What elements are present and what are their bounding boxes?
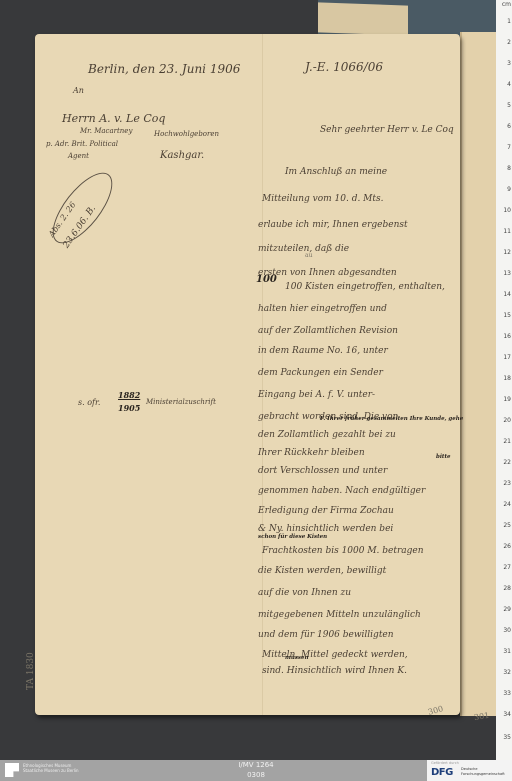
recipient-address: p. Adr. Brit. Political bbox=[46, 140, 118, 148]
dfg-name-line2: Forschungsgemeinschaft bbox=[461, 772, 505, 777]
body-line: mitzuteilen, daß die bbox=[258, 244, 349, 254]
body-line: & Ny. hinsichtlich werden bei bbox=[258, 524, 393, 534]
recipient-title: Hochwohlgeboren bbox=[154, 130, 219, 138]
body-line: genommen haben. Nach endgültiger bbox=[258, 486, 425, 496]
ruler-tick: 10 bbox=[503, 207, 511, 214]
ruler-tick: 13 bbox=[503, 270, 511, 277]
body-line: und dem für 1906 bewilligten bbox=[258, 630, 394, 640]
ruler-tick: 23 bbox=[503, 480, 511, 487]
ruler-tick: 21 bbox=[503, 438, 511, 445]
body-line: ersten von Ihnen abgesandten bbox=[258, 268, 397, 278]
place-date: Berlin, den 23. Juni 1906 bbox=[88, 62, 240, 76]
ruler-tick: 12 bbox=[503, 249, 511, 256]
ruler-tick: 27 bbox=[503, 564, 511, 571]
body-line: Erledigung der Firma Zochau bbox=[258, 506, 394, 516]
insert-line-1: F. Ihrer früher gesammelten Ihre Kunde, … bbox=[320, 416, 463, 422]
ruler-tick: 4 bbox=[507, 81, 511, 88]
body-line: erlaube ich mir, Ihnen ergebenst bbox=[258, 220, 408, 230]
ruler-tick: 15 bbox=[503, 312, 511, 319]
salutation: Sehr geehrter Herr v. Le Coq bbox=[320, 125, 454, 135]
body-line: mitgegebenen Mitteln unzulänglich bbox=[258, 610, 421, 620]
margin-note-prefix: s. ofr. bbox=[78, 398, 100, 407]
body-line: die Kisten werden, bewilligt bbox=[258, 566, 386, 576]
body-line: Ihrer Rückkehr bleiben bbox=[258, 448, 365, 458]
scan-image: Berlin, den 23. Juni 1906 An Herrn A. v.… bbox=[0, 0, 512, 760]
body-line: Eingang bei A. f. V. unter- bbox=[258, 390, 375, 400]
ruler-tick: 9 bbox=[507, 186, 511, 193]
ruler-tick: 30 bbox=[503, 627, 511, 634]
body-line: Frachtkosten bis 1000 M. betragen bbox=[262, 546, 424, 556]
vertical-margin-note: TA 1830 bbox=[26, 652, 36, 690]
viewer-footer: Ethnologisches Museum Staatliche Museen … bbox=[0, 760, 512, 781]
recipient-city: Kashgar. bbox=[160, 150, 204, 161]
ruler-tick: 6 bbox=[507, 123, 511, 130]
ruler-tick: 7 bbox=[507, 144, 511, 151]
ruler-tick: 28 bbox=[503, 585, 511, 592]
salutation-an: An bbox=[73, 86, 84, 95]
ruler-tick: 16 bbox=[503, 333, 511, 340]
dfg-badge: Gefördert durch DFG Deutsche Forschungsg… bbox=[427, 760, 512, 781]
dfg-logo-icon: DFG bbox=[431, 767, 453, 778]
ruler-tick: 18 bbox=[503, 375, 511, 382]
body-line: 100 Kisten eingetroffen, enthalten, bbox=[285, 282, 445, 292]
ruler-tick: 19 bbox=[503, 396, 511, 403]
body-line: dem Packungen ein Sender bbox=[258, 368, 383, 378]
body-line: auf die von Ihnen zu bbox=[258, 588, 351, 598]
next-sheet-edge bbox=[460, 32, 496, 716]
ruler-tick: 11 bbox=[503, 228, 511, 235]
insert-line-4: müssen bbox=[285, 655, 309, 661]
ruler-tick: 31 bbox=[503, 648, 511, 655]
body-line: den Zollamtlich gezahlt bei zu bbox=[258, 430, 396, 440]
recipient: Herrn A. v. Le Coq bbox=[62, 112, 165, 125]
insert-line-2: bitte bbox=[436, 454, 451, 460]
ruler-unit: cm bbox=[502, 1, 511, 8]
ruler-tick: 33 bbox=[503, 690, 511, 697]
body-line: halten hier eingetroffen und bbox=[258, 304, 387, 314]
ruler-tick: 22 bbox=[503, 459, 511, 466]
insert-100: 100 bbox=[256, 274, 277, 285]
ruler-tick: 5 bbox=[507, 102, 511, 109]
ruler-tick: 3 bbox=[507, 60, 511, 67]
margin-note-text: Ministerialzuschrift bbox=[146, 398, 216, 406]
funding-label: Gefördert durch bbox=[431, 761, 459, 765]
dfg-name: Deutsche Forschungsgemeinschaft bbox=[461, 767, 505, 776]
insert-above: au bbox=[305, 252, 312, 259]
folder-paper-edge bbox=[318, 2, 408, 35]
ruler-tick: 26 bbox=[503, 543, 511, 550]
body-line: dort Verschlossen und unter bbox=[258, 466, 387, 476]
ruler-tick: 1 bbox=[507, 18, 511, 25]
recipient-agent: Agent bbox=[68, 152, 89, 160]
cm-ruler: cm 1 2 3 4 5 6 7 8 9 10 11 12 13 14 15 1… bbox=[496, 0, 512, 760]
ruler-tick: 32 bbox=[503, 669, 511, 676]
ruler-tick: 24 bbox=[503, 501, 511, 508]
ruler-tick: 17 bbox=[503, 354, 511, 361]
body-line: Mitteln, Mittel gedeckt werden, bbox=[262, 650, 408, 660]
body-line: auf der Zollamtlichen Revision bbox=[258, 326, 398, 336]
ruler-tick: 8 bbox=[507, 165, 511, 172]
body-line: Mitteilung vom 10. d. Mts. bbox=[262, 194, 384, 204]
ruler-tick: 14 bbox=[503, 291, 511, 298]
body-line: sind. Hinsichtlich wird Ihnen K. bbox=[262, 666, 407, 676]
journal-number: J.-E. 1066/06 bbox=[305, 60, 383, 74]
ruler-tick: 2 bbox=[507, 39, 511, 46]
body-line: in dem Raume No. 16, unter bbox=[258, 346, 388, 356]
ruler-tick: 35 bbox=[503, 734, 511, 741]
page-number-right: 301 bbox=[473, 711, 490, 723]
recipient-insert: Mr. Macartney bbox=[80, 127, 132, 135]
margin-note-year-bottom: 1905 bbox=[118, 403, 140, 413]
ruler-tick: 29 bbox=[503, 606, 511, 613]
ruler-tick: 25 bbox=[503, 522, 511, 529]
insert-line-3: schon für diese Kisten bbox=[258, 534, 327, 540]
ruler-tick: 34 bbox=[503, 711, 511, 718]
margin-note-year-top: 1882 bbox=[118, 390, 140, 400]
ruler-tick: 20 bbox=[503, 417, 511, 424]
body-line: Im Anschluß an meine bbox=[285, 167, 387, 177]
